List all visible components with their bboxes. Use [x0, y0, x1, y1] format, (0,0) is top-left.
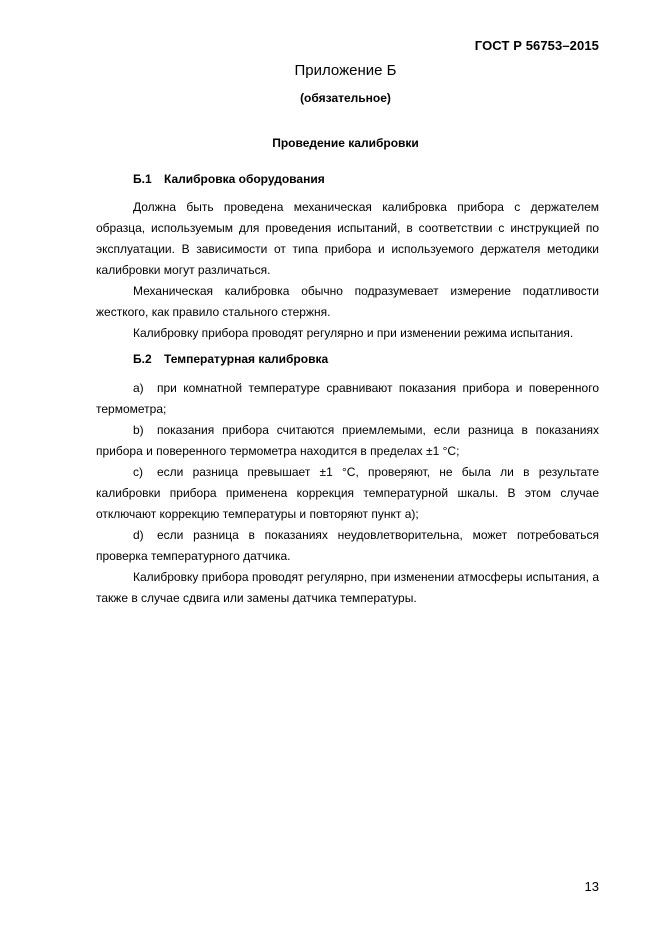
appendix-title: Приложение Б	[0, 62, 661, 79]
subsection-number: Б.1	[133, 171, 164, 187]
document-code: ГОСТ Р 56753–2015	[475, 38, 599, 53]
document-page: ГОСТ Р 56753–2015 Приложение Б (обязател…	[0, 0, 661, 935]
subsection-body-b1: Должна быть проведена механическая калиб…	[96, 197, 599, 344]
list-item-text: если разница в показаниях неудовлетворит…	[96, 528, 599, 563]
list-item: d)если разница в показаниях неудовлетвор…	[96, 525, 599, 567]
paragraph: Калибровку прибора проводят регулярно и …	[96, 323, 599, 344]
list-item: c)если разница превышает ±1 °С, проверяю…	[96, 462, 599, 525]
subsection-heading-b1: Б.1Калибровка оборудования	[133, 171, 325, 187]
subsection-title: Калибровка оборудования	[164, 172, 325, 186]
subsection-number: Б.2	[133, 351, 164, 367]
list-marker: b)	[133, 420, 157, 441]
list-marker: a)	[133, 378, 157, 399]
subsection-body-b2: a)при комнатной температуре сравнивают п…	[96, 378, 599, 609]
paragraph: Калибровку прибора проводят регулярно, п…	[96, 567, 599, 609]
list-marker: c)	[133, 462, 157, 483]
list-item: a)при комнатной температуре сравнивают п…	[96, 378, 599, 420]
list-item-text: если разница превышает ±1 °С, проверяют,…	[96, 465, 599, 521]
list-item-text: показания прибора считаются приемлемыми,…	[96, 423, 599, 458]
appendix-status: (обязательное)	[0, 91, 661, 105]
subsection-title: Температурная калибровка	[164, 352, 328, 366]
list-item-text: при комнатной температуре сравнивают пок…	[96, 381, 599, 416]
subsection-heading-b2: Б.2Температурная калибровка	[133, 351, 328, 367]
section-title: Проведение калибровки	[0, 136, 661, 150]
page-number: 13	[585, 879, 599, 894]
list-item: b)показания прибора считаются приемлемым…	[96, 420, 599, 462]
paragraph: Механическая калибровка обычно подразуме…	[96, 281, 599, 323]
paragraph: Должна быть проведена механическая калиб…	[96, 197, 599, 281]
list-marker: d)	[133, 525, 157, 546]
